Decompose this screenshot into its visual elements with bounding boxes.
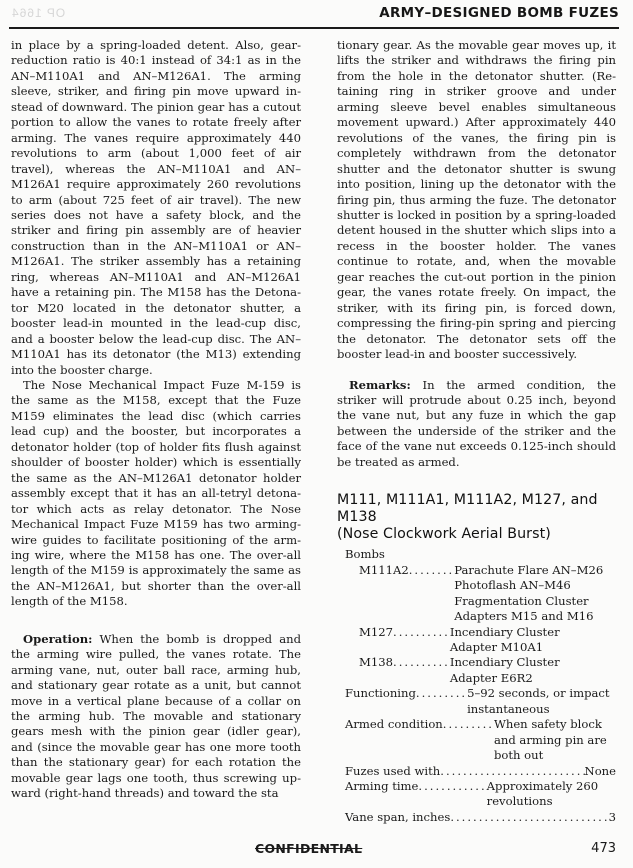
right-column: tionary gear. As the movable gear moves … <box>337 38 616 825</box>
spec-value: Approximately 260 <box>487 779 598 794</box>
leader-dots: ........ <box>409 563 454 625</box>
header-rule <box>9 27 619 29</box>
spec-vane-span: Vane span, inches 3 <box>337 810 616 825</box>
bomb-item: Adapters M15 and M16 <box>454 609 616 624</box>
spec-armed-condition: Armed condition ......... When safety bl… <box>337 717 616 763</box>
section-title-models: M111, M111A1, M111A2, M127, and M138 <box>337 492 616 526</box>
spec-arming-time: Arming time ............ Approximately 2… <box>337 779 616 810</box>
spec-value: None <box>585 764 616 779</box>
spec-bomb-row: M127 .......... Incendiary Cluster Adapt… <box>337 625 616 656</box>
leader-dots: ......... <box>416 686 467 717</box>
running-head: ARMY–DESIGNED BOMB FUZES <box>379 5 619 21</box>
spec-bombs-label: Bombs <box>337 547 616 562</box>
spec-value: 3 <box>609 810 616 825</box>
spec-value: 5–92 seconds, or impact <box>467 686 610 701</box>
spec-value: When safety block <box>494 717 607 732</box>
leader-dots: ............ <box>418 779 486 810</box>
bomb-item: Photoflash AN–M46 <box>454 578 616 593</box>
bleed-through-text: OP 1664 <box>11 6 65 20</box>
bomb-model: M111A2 <box>359 563 409 625</box>
leader-dots: .......... <box>393 625 450 656</box>
spec-functioning: Functioning ......... 5–92 seconds, or i… <box>337 686 616 717</box>
paragraph-m159-description: The Nose Mechanical Impact Fuze M-159 is… <box>11 378 301 610</box>
page-number: 473 <box>591 841 616 856</box>
operation-label: Operation: <box>23 632 92 646</box>
paragraph-m158-description: in place by a spring-loaded detent. Also… <box>11 38 301 378</box>
spec-bomb-row: M111A2 ........ Parachute Flare AN–M26 P… <box>337 563 616 625</box>
leader-dots: ......... <box>443 717 494 763</box>
section-title: M111, M111A1, M111A2, M127, and M138 (No… <box>337 492 616 543</box>
spec-value: both out <box>494 748 607 763</box>
bomb-item: Parachute Flare AN–M26 <box>454 563 616 578</box>
spec-label: Functioning <box>345 686 416 717</box>
bomb-item: Incendiary Cluster <box>450 625 616 640</box>
bomb-item: Incendiary Cluster <box>450 655 616 670</box>
bomb-item: Adapter M10A1 <box>450 640 616 655</box>
bomb-model: M138 <box>359 655 393 686</box>
spec-label: Vane span, inches <box>345 810 450 825</box>
section-title-type: (Nose Clockwork Aerial Burst) <box>337 526 616 543</box>
bomb-item: Adapter E6R2 <box>450 671 616 686</box>
spec-table: Bombs M111A2 ........ Parachute Flare AN… <box>337 547 616 825</box>
bomb-item: Fragmentation Cluster <box>454 594 616 609</box>
spec-label: Fuzes used with <box>345 764 440 779</box>
leader-dots: .......... <box>393 655 450 686</box>
spec-value: instantaneous <box>467 702 610 717</box>
paragraph-operation: Operation: When the bomb is dropped and … <box>11 632 301 802</box>
leader-dots <box>440 764 584 779</box>
operation-text: When the bomb is dropped and the arming … <box>11 632 301 801</box>
remarks-label: Remarks: <box>349 378 411 392</box>
spec-value: and arming pin are <box>494 733 607 748</box>
spec-label: Arming time <box>345 779 418 810</box>
spec-value: revolutions <box>487 794 598 809</box>
paragraph-remarks: Remarks: In the armed condition, the str… <box>337 378 616 471</box>
classification-mark: CONFIDENTIAL <box>255 841 362 856</box>
paragraph-operation-continued: tionary gear. As the movable gear moves … <box>337 38 616 363</box>
bomb-model: M127 <box>359 625 393 656</box>
left-column: in place by a spring-loaded detent. Also… <box>11 38 301 802</box>
spec-fuzes-used-with: Fuzes used with None <box>337 764 616 779</box>
leader-dots <box>450 810 608 825</box>
spec-label: Armed condition <box>345 717 443 763</box>
spec-bomb-row: M138 .......... Incendiary Cluster Adapt… <box>337 655 616 686</box>
